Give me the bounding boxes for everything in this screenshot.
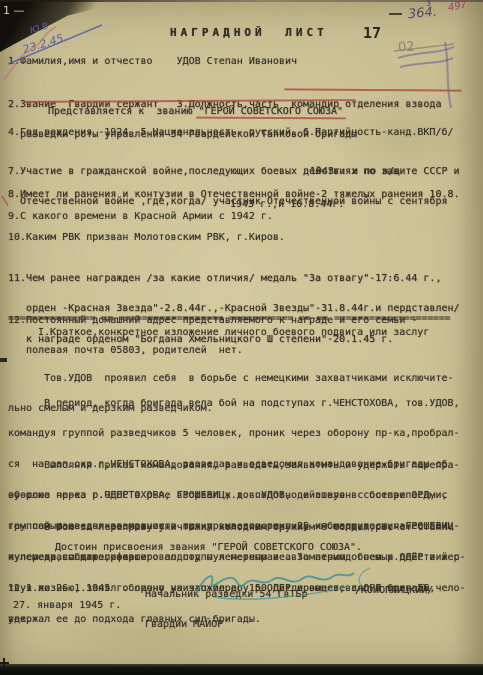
field-name-patronymic: 1.Фамилия,имя и отчество УДОВ Степан Ива… bbox=[8, 57, 297, 67]
crossed-out-number: 02 bbox=[398, 40, 415, 56]
purple-vertical-stroke bbox=[445, 42, 451, 108]
signatory-position: Начальник разведки 54 ГвТБр Гвардии МАЙО… bbox=[145, 569, 308, 651]
conclusion-line: Достоин присвоения звания "ГЕРОЙ СОВЕТСК… bbox=[55, 543, 362, 553]
document-number: 17 bbox=[363, 24, 381, 42]
field-wounds-cont: 1943 г.,и 10.8.44г. bbox=[230, 200, 344, 210]
signatory-name: /КОНОПЛИЦКИЙ/ bbox=[355, 586, 433, 596]
registry-corner-number: 497 bbox=[447, 0, 468, 14]
page-corner-number: 1 — bbox=[3, 4, 25, 17]
typed-divider: =============== ==-================== ==… bbox=[8, 314, 450, 324]
summary-heading: I.Краткое,конкретное изложение личного б… bbox=[38, 328, 429, 338]
registry-number: 364. bbox=[407, 5, 437, 22]
bottom-edge-shadow bbox=[0, 664, 483, 675]
left-edge-mark bbox=[0, 358, 7, 362]
document-title: НАГРАДНОЙ ЛИСТ bbox=[170, 26, 328, 39]
field-war-participation-cont: 1943г: и по н/в bbox=[310, 167, 400, 177]
document-date: 27. января 1945 г. bbox=[13, 601, 121, 611]
field-army-since: 9.С какого времени в Красной Армии с 194… bbox=[8, 212, 273, 222]
field-drafted-by: 10.Каким РВК призван Молотовским РВК, г.… bbox=[8, 233, 285, 243]
field-birth-nationality-party: 4.Год рождения -1924 5.Национальность- р… bbox=[8, 128, 454, 138]
top-edge-shadow bbox=[0, 0, 483, 2]
award-document-page: НАГРАДНОЙ ЛИСТ 17 1.Фамилия,имя и отчест… bbox=[0, 0, 483, 675]
